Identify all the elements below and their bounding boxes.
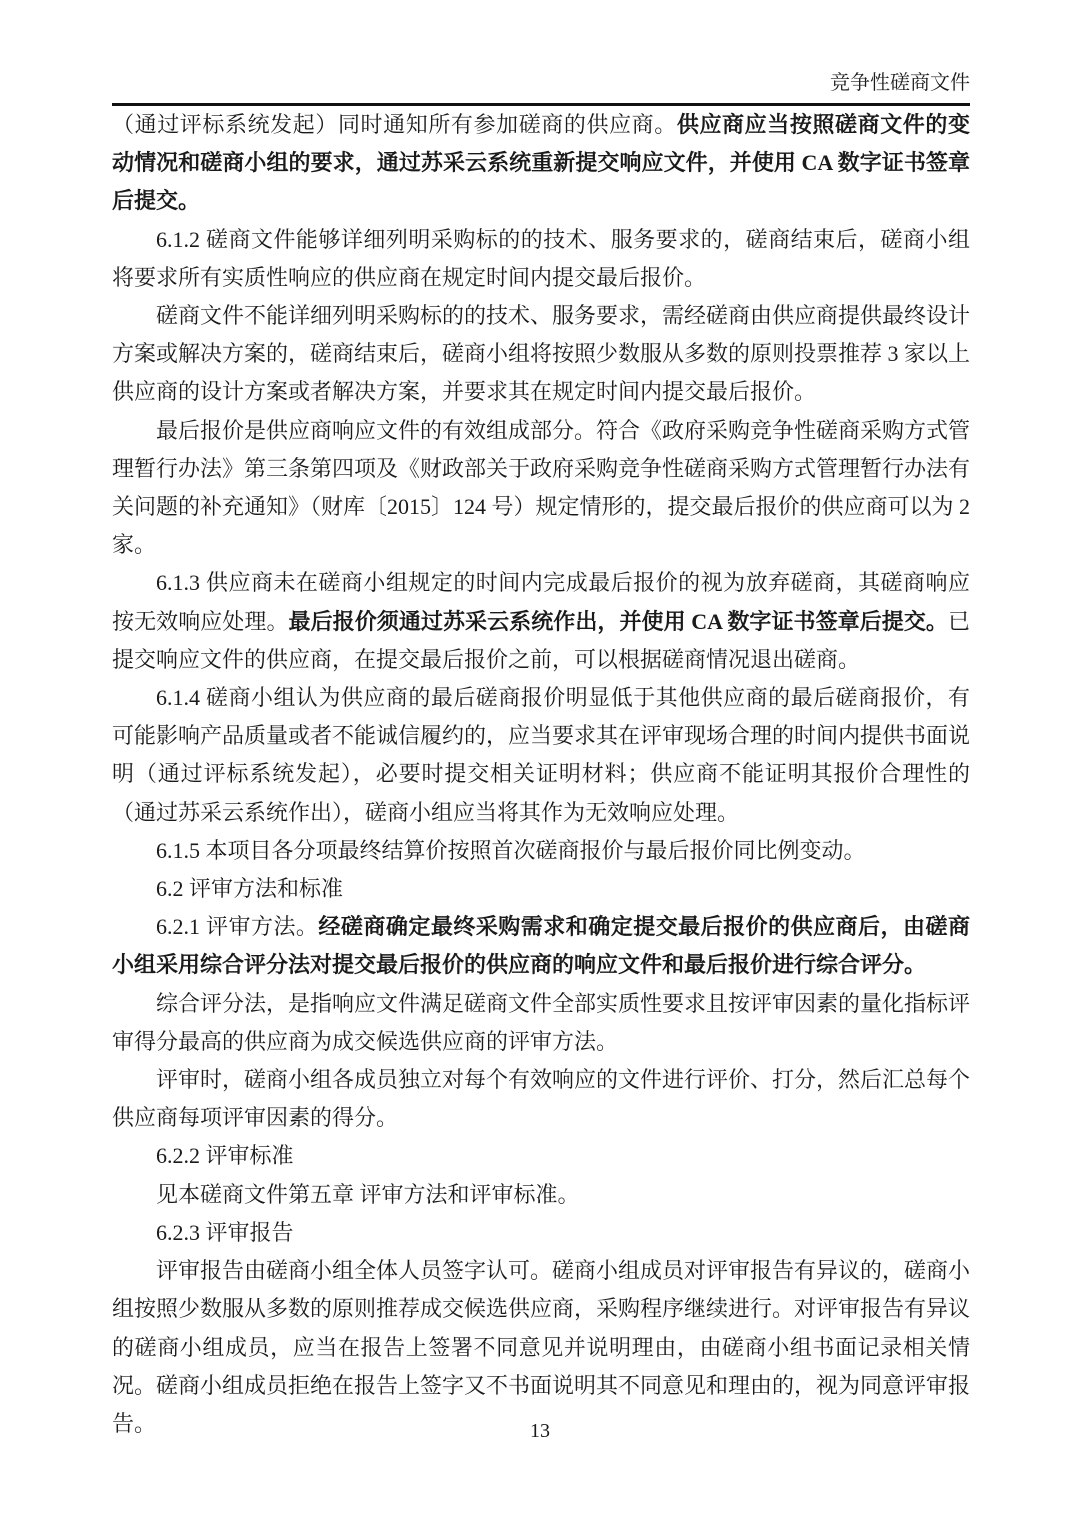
text-run: 6.2.3 评审报告 <box>156 1220 294 1245</box>
text-run: 6.2.2 评审标准 <box>156 1143 294 1168</box>
text-run: 评审时，磋商小组各成员独立对每个有效响应的文件进行评价、打分，然后汇总每个供应商… <box>112 1067 970 1130</box>
text-run: 6.2.1 评审方法。 <box>156 914 318 939</box>
paragraph: 6.2.1 评审方法。经磋商确定最终采购需求和确定提交最后报价的供应商后，由磋商… <box>112 908 970 984</box>
text-run: 6.1.4 磋商小组认为供应商的最后磋商报价明显低于其他供应商的最后磋商报价，有… <box>112 685 970 825</box>
paragraph: 6.2.2 评审标准 <box>112 1137 970 1175</box>
paragraph: 6.1.3 供应商未在磋商小组规定的时间内完成最后报价的视为放弃磋商，其磋商响应… <box>112 564 970 679</box>
paragraph: 评审报告由磋商小组全体人员签字认可。磋商小组成员对评审报告有异议的，磋商小组按照… <box>112 1252 970 1443</box>
document-page: 竞争性磋商文件 （通过评标系统发起）同时通知所有参加磋商的供应商。供应商应当按照… <box>0 0 1080 1527</box>
paragraph: 评审时，磋商小组各成员独立对每个有效响应的文件进行评价、打分，然后汇总每个供应商… <box>112 1061 970 1137</box>
paragraph: 磋商文件不能详细列明采购标的的技术、服务要求，需经磋商由供应商提供最终设计方案或… <box>112 297 970 412</box>
header-title: 竞争性磋商文件 <box>830 72 970 94</box>
document-body: （通过评标系统发起）同时通知所有参加磋商的供应商。供应商应当按照磋商文件的变动情… <box>112 106 970 1443</box>
page-header: 竞争性磋商文件 <box>112 70 970 106</box>
page-footer: 13 <box>0 1418 1080 1444</box>
text-run: 6.1.2 磋商文件能够详细列明采购标的的技术、服务要求的，磋商结束后，磋商小组… <box>112 227 970 290</box>
paragraph: 综合评分法，是指响应文件满足磋商文件全部实质性要求且按评审因素的量化指标评审得分… <box>112 985 970 1061</box>
paragraph: 6.1.4 磋商小组认为供应商的最后磋商报价明显低于其他供应商的最后磋商报价，有… <box>112 679 970 832</box>
paragraph: 最后报价是供应商响应文件的有效组成部分。符合《政府采购竞争性磋商采购方式管理暂行… <box>112 412 970 565</box>
page-number: 13 <box>530 1420 550 1442</box>
bold-text-run: 最后报价须通过苏采云系统作出，并使用 CA 数字证书签章后提交。 <box>289 609 948 634</box>
text-run: 6.1.5 本项目各分项最终结算价按照首次磋商报价与最后报价同比例变动。 <box>156 838 866 863</box>
paragraph: 见本磋商文件第五章 评审方法和评审标准。 <box>112 1176 970 1214</box>
text-run: 6.2 评审方法和标准 <box>156 876 343 901</box>
paragraph: 6.2 评审方法和标准 <box>112 870 970 908</box>
paragraph: 6.1.5 本项目各分项最终结算价按照首次磋商报价与最后报价同比例变动。 <box>112 832 970 870</box>
paragraph: 6.2.3 评审报告 <box>112 1214 970 1252</box>
text-run: 磋商文件不能详细列明采购标的的技术、服务要求，需经磋商由供应商提供最终设计方案或… <box>112 303 970 404</box>
paragraph: 6.1.2 磋商文件能够详细列明采购标的的技术、服务要求的，磋商结束后，磋商小组… <box>112 221 970 297</box>
text-run: 见本磋商文件第五章 评审方法和评审标准。 <box>156 1182 580 1207</box>
paragraph: （通过评标系统发起）同时通知所有参加磋商的供应商。供应商应当按照磋商文件的变动情… <box>112 106 970 221</box>
text-run: 综合评分法，是指响应文件满足磋商文件全部实质性要求且按评审因素的量化指标评审得分… <box>112 991 970 1054</box>
text-run: （通过评标系统发起）同时通知所有参加磋商的供应商。 <box>112 112 677 137</box>
text-run: 评审报告由磋商小组全体人员签字认可。磋商小组成员对评审报告有异议的，磋商小组按照… <box>112 1258 970 1436</box>
text-run: 最后报价是供应商响应文件的有效组成部分。符合《政府采购竞争性磋商采购方式管理暂行… <box>112 418 970 558</box>
